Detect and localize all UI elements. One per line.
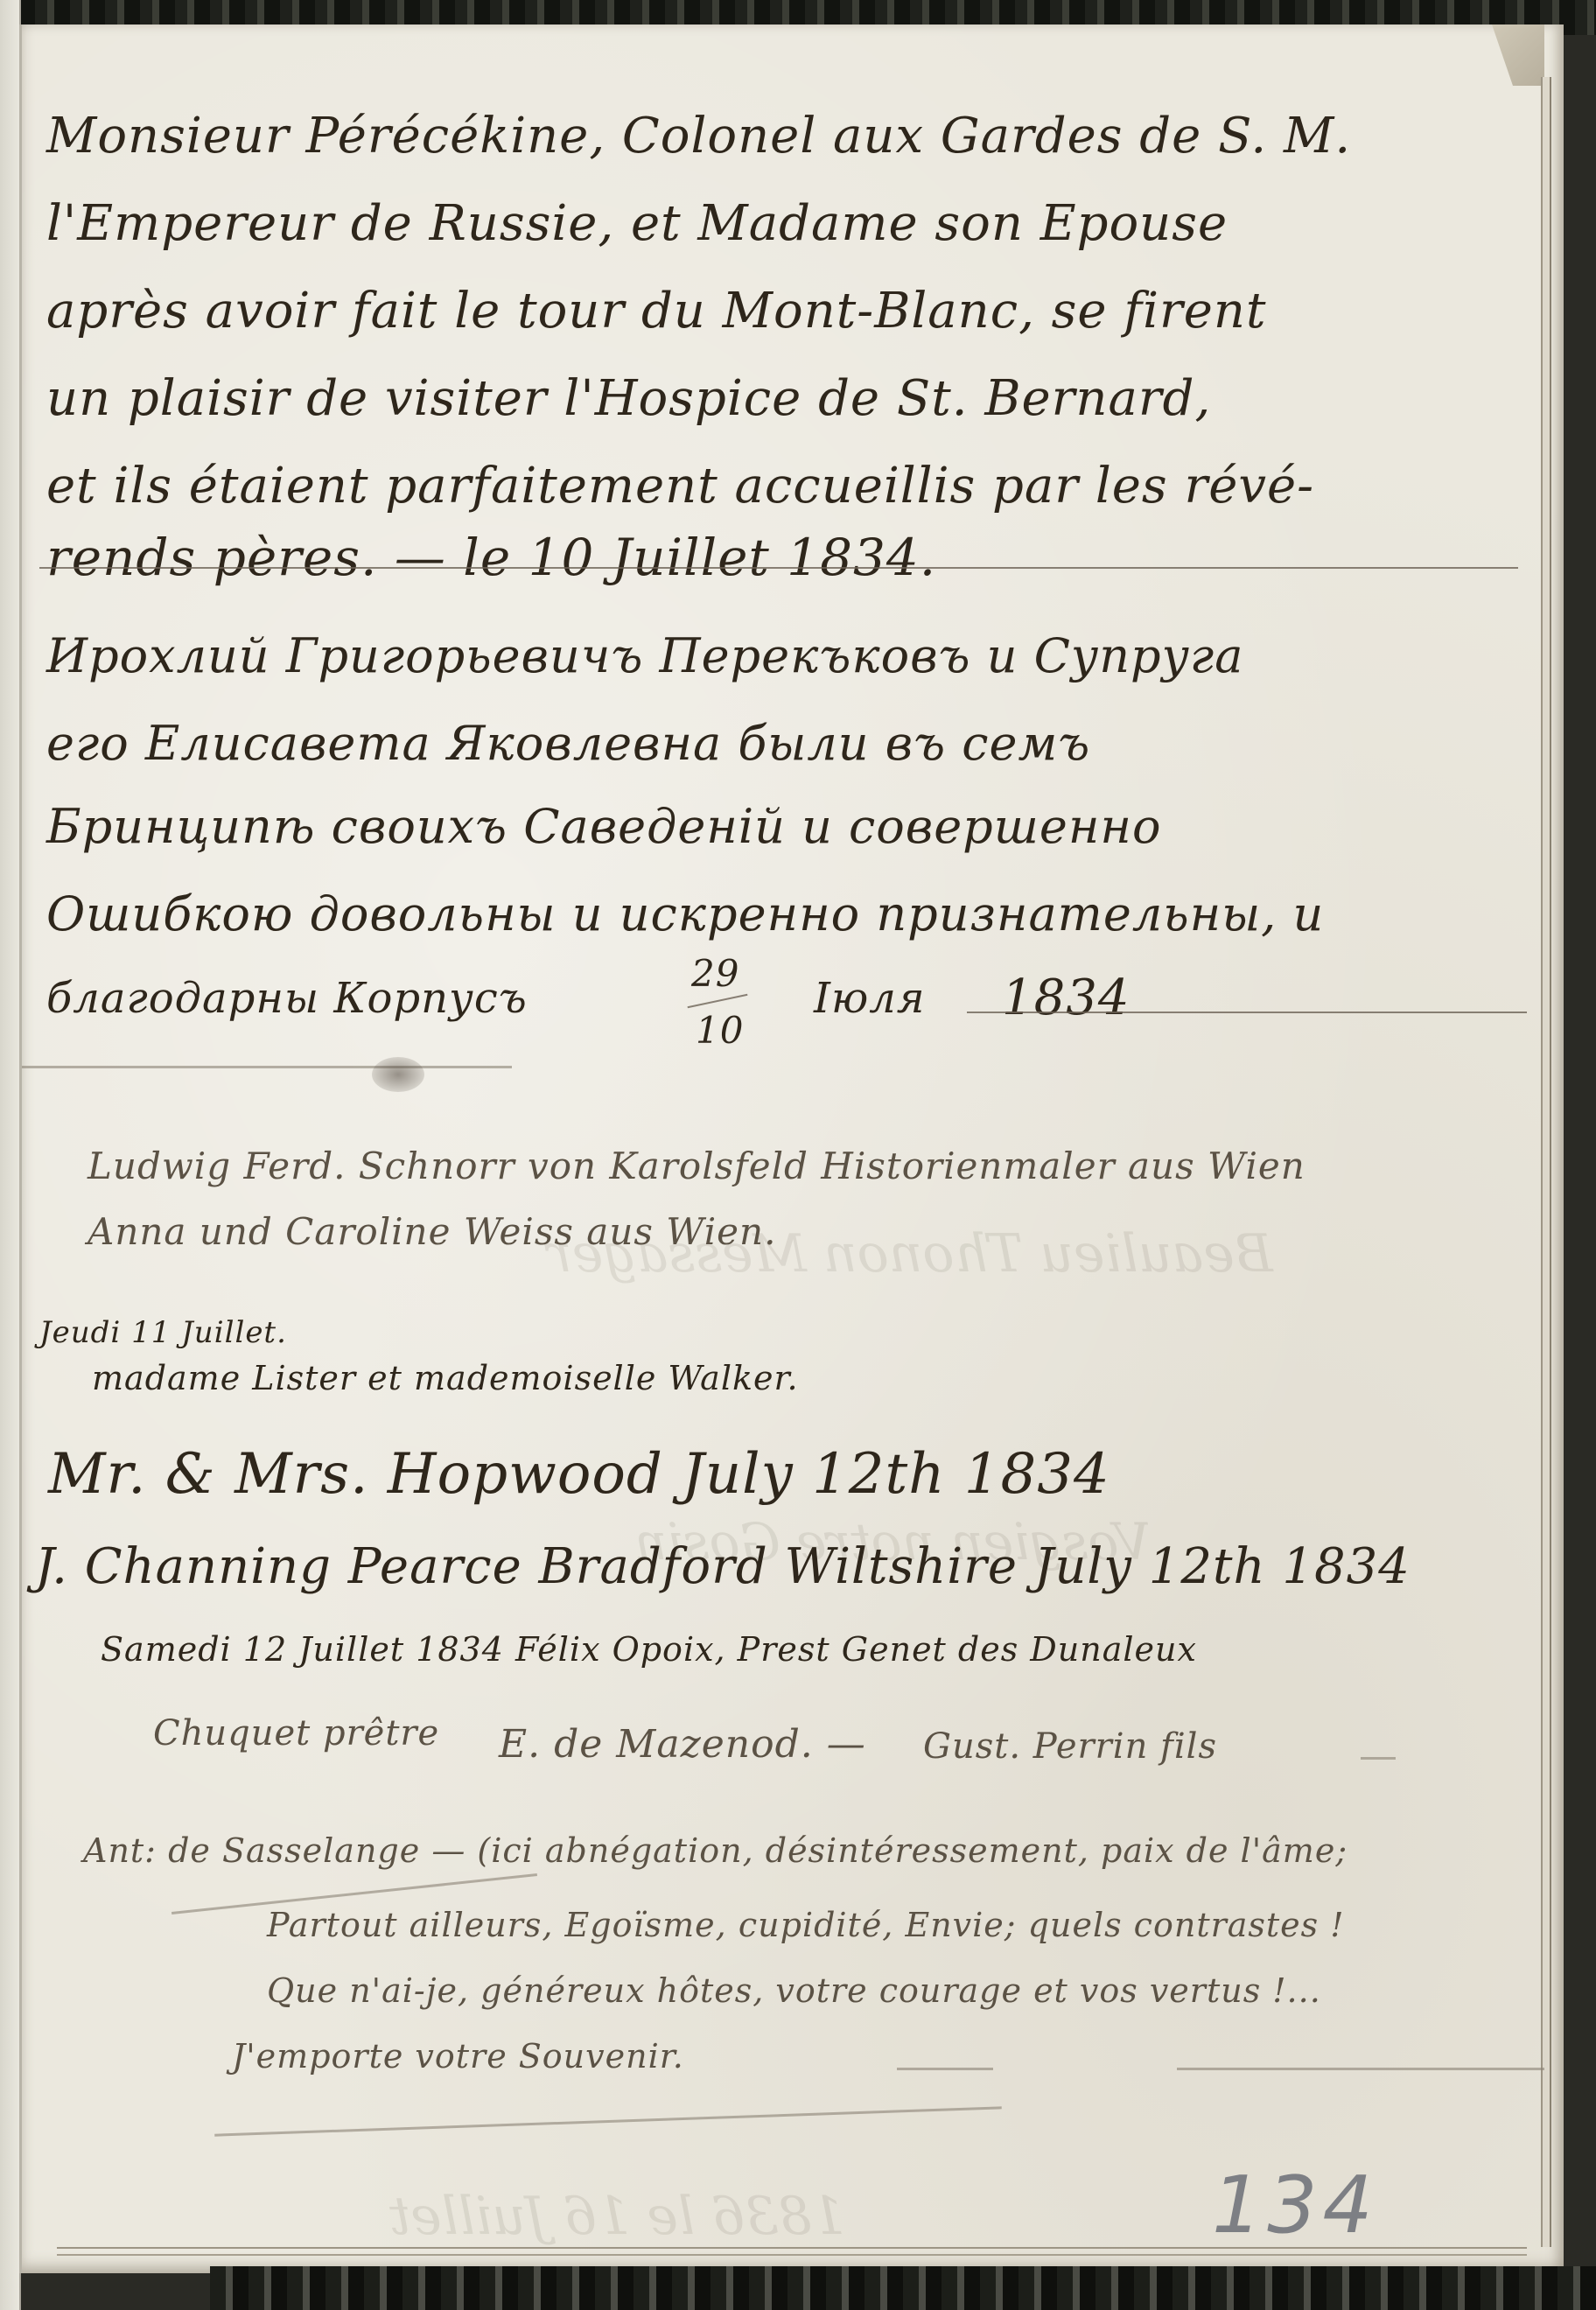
entry-line: l'Empereur de Russie, et Madame son Epou… — [46, 195, 1228, 252]
entry-line: Anna und Caroline Weiss aus Wien. — [87, 1210, 776, 1253]
entry-separator — [22, 1066, 512, 1068]
entry-line: après avoir fait le tour du Mont-Blanc, … — [46, 283, 1266, 339]
date-year: 1834 — [1002, 969, 1130, 1026]
entry-separator — [39, 567, 1518, 569]
entry-line: Monsieur Pérécékine, Colonel aux Gardes … — [46, 108, 1351, 164]
entry-line: madame Lister et mademoiselle Walker. — [92, 1359, 799, 1397]
bleed-through-text: 1836 le 16 Juillet — [389, 2186, 845, 2247]
date-day-numerator: 29 — [691, 952, 739, 995]
signature: Chuquet prêtre — [153, 1713, 439, 1753]
page-number: 134 — [1212, 2159, 1378, 2251]
manuscript-page: Beaulieu Thonon Messager Vosgien notre G… — [19, 24, 1564, 2273]
entry-line: Ошибкою довольны и искренно признательны… — [46, 886, 1324, 941]
entry-line: Que n'ai-je, généreux hôtes, votre coura… — [267, 1971, 1321, 2010]
entry-line: Ludwig Ferd. Schnorr von Karolsfeld Hist… — [87, 1144, 1305, 1187]
signature: Gust. Perrin fils — [923, 1726, 1217, 1767]
entry-line: Jeudi 11 Juillet. — [39, 1315, 287, 1350]
dash-mark — [1361, 1757, 1396, 1760]
entry-line: Partout ailleurs, Egoïsme, cupidité, Env… — [267, 1906, 1345, 1944]
folded-page-corner — [1492, 24, 1544, 86]
signature: E. de Mazenod. — — [499, 1722, 866, 1767]
page-edge-right — [1541, 77, 1551, 2247]
entry-line: его Елисавета Яковлевна были въ семъ — [46, 716, 1090, 771]
entry-line: благодарны Корпусъ — [46, 974, 528, 1023]
book-binding-bottom — [210, 2266, 1596, 2310]
entry-line: rends pères. — le 10 Juillet 1834. — [46, 528, 936, 587]
ink-blot — [372, 1057, 424, 1092]
fraction-bar — [688, 994, 748, 1009]
entry-line: Бринципѣ своихъ Саведенiй и совершенно — [46, 799, 1162, 854]
entry-line: Mr. & Mrs. Hopwood July 12th 1834 — [48, 1442, 1110, 1507]
entry-line: Ирохлий Григорьевичъ Перекъковъ и Супруг… — [46, 628, 1243, 683]
date-month: Iюля — [814, 974, 926, 1023]
facing-page-edge — [0, 0, 21, 2310]
entry-line: J'emporte votre Souvenir. — [232, 2037, 684, 2075]
entry-line: J. Channing Pearce Bradford Wiltshire Ju… — [35, 1538, 1410, 1595]
entry-separator — [967, 1011, 1527, 1013]
entry-line: Ant: de Sasselange — (ici abnégation, dé… — [83, 1831, 1347, 1870]
date-day-denominator: 10 — [696, 1009, 744, 1052]
entry-separator — [214, 2106, 1002, 2136]
entry-line: Samedi 12 Juillet 1834 Félix Opoix, Pres… — [101, 1630, 1197, 1669]
entry-line: un plaisir de visiter l'Hospice de St. B… — [46, 370, 1211, 427]
entry-separator — [1177, 2068, 1544, 2070]
entry-line: et ils étaient parfaitement accueillis p… — [46, 458, 1314, 514]
entry-separator — [897, 2068, 993, 2070]
